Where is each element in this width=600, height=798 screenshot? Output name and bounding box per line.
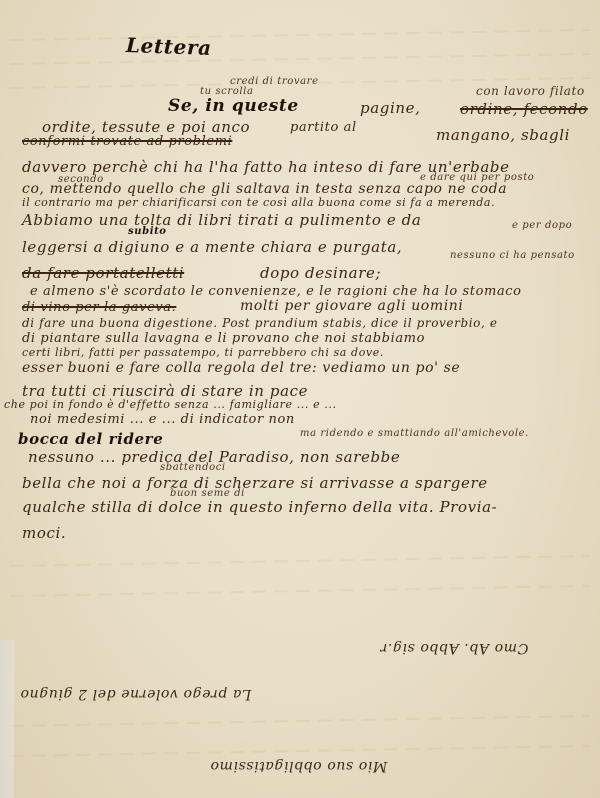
text-line: bella che noi a forza di scherzare si ar… (22, 474, 488, 492)
text-line: il contrario ma per chiarificarsi con te… (22, 196, 495, 209)
text-line: mangano, sbagli (436, 126, 570, 144)
interlinear-note: ma ridendo e smattiando all'amichevole. (300, 428, 529, 439)
struck-text: ordine, fecondo (460, 100, 588, 118)
page-heading: Lettera (126, 33, 212, 60)
bleed-through-line (10, 715, 590, 727)
bleed-through-line (10, 745, 590, 757)
bleed-through-line (10, 53, 590, 65)
text-line: molti per giovare agli uomini (240, 298, 463, 314)
text-line: di piantare sulla lavagna e li provano c… (22, 331, 425, 346)
text-line: moci. (22, 524, 66, 542)
struck-text: di vino per la gaveva. (22, 300, 176, 315)
bleed-through-line (10, 29, 590, 41)
interlinear-note: subito (128, 226, 167, 237)
text-line: di fare una buona digestione. Post prand… (22, 316, 498, 330)
interlinear-note: con lavoro filato (476, 84, 585, 98)
text-line: certi libri, fatti per passatempo, ti pa… (22, 346, 384, 359)
text-line: Abbiamo una tolta di libri tirati a puli… (22, 211, 421, 229)
bleed-through-line (10, 585, 590, 597)
bleed-through-line (10, 555, 590, 567)
struck-text: da fare portatelletti (22, 264, 184, 282)
manuscript-page: Lettera credi di trovare tu scrolla Se, … (0, 0, 600, 798)
inverted-text-line: Cmo Ab. Abbo sig.r (380, 640, 528, 656)
interlinear-note: e per dopo (512, 220, 572, 231)
text-line: che poi in fondo è d'effetto senza ... f… (4, 398, 337, 411)
text-line: e almeno s'è scordato le convenienze, e … (30, 284, 522, 299)
text-line: dopo desinare; (260, 264, 381, 282)
text-line: leggersi a digiuno e a mente chiara e pu… (22, 238, 402, 256)
marginal-addition: bocca del ridere (18, 430, 163, 448)
text-line: qualche stilla di dolce in questo infern… (22, 498, 497, 516)
text-line: noi medesimi ... e ... di indicator non (30, 412, 295, 427)
text-line: pagine, (360, 99, 420, 117)
interlinear-note: nessuno ci ha pensato (450, 250, 575, 261)
interlinear-note: sbattendoci (160, 462, 226, 473)
page-edge (0, 640, 14, 798)
text-line: Se, in queste (168, 96, 299, 116)
struck-text: conformi trovate ad problemi (22, 134, 232, 149)
inverted-text-line: Mio suo obbligatissimo (210, 758, 387, 774)
text-line: esser buoni e fare colla regola del tre:… (22, 360, 460, 376)
text-line: partito al (290, 120, 357, 135)
text-line: co, mettendo quello che gli saltava in t… (22, 181, 507, 197)
inverted-text-line: La prego volerne del 2 giugno (20, 686, 251, 702)
